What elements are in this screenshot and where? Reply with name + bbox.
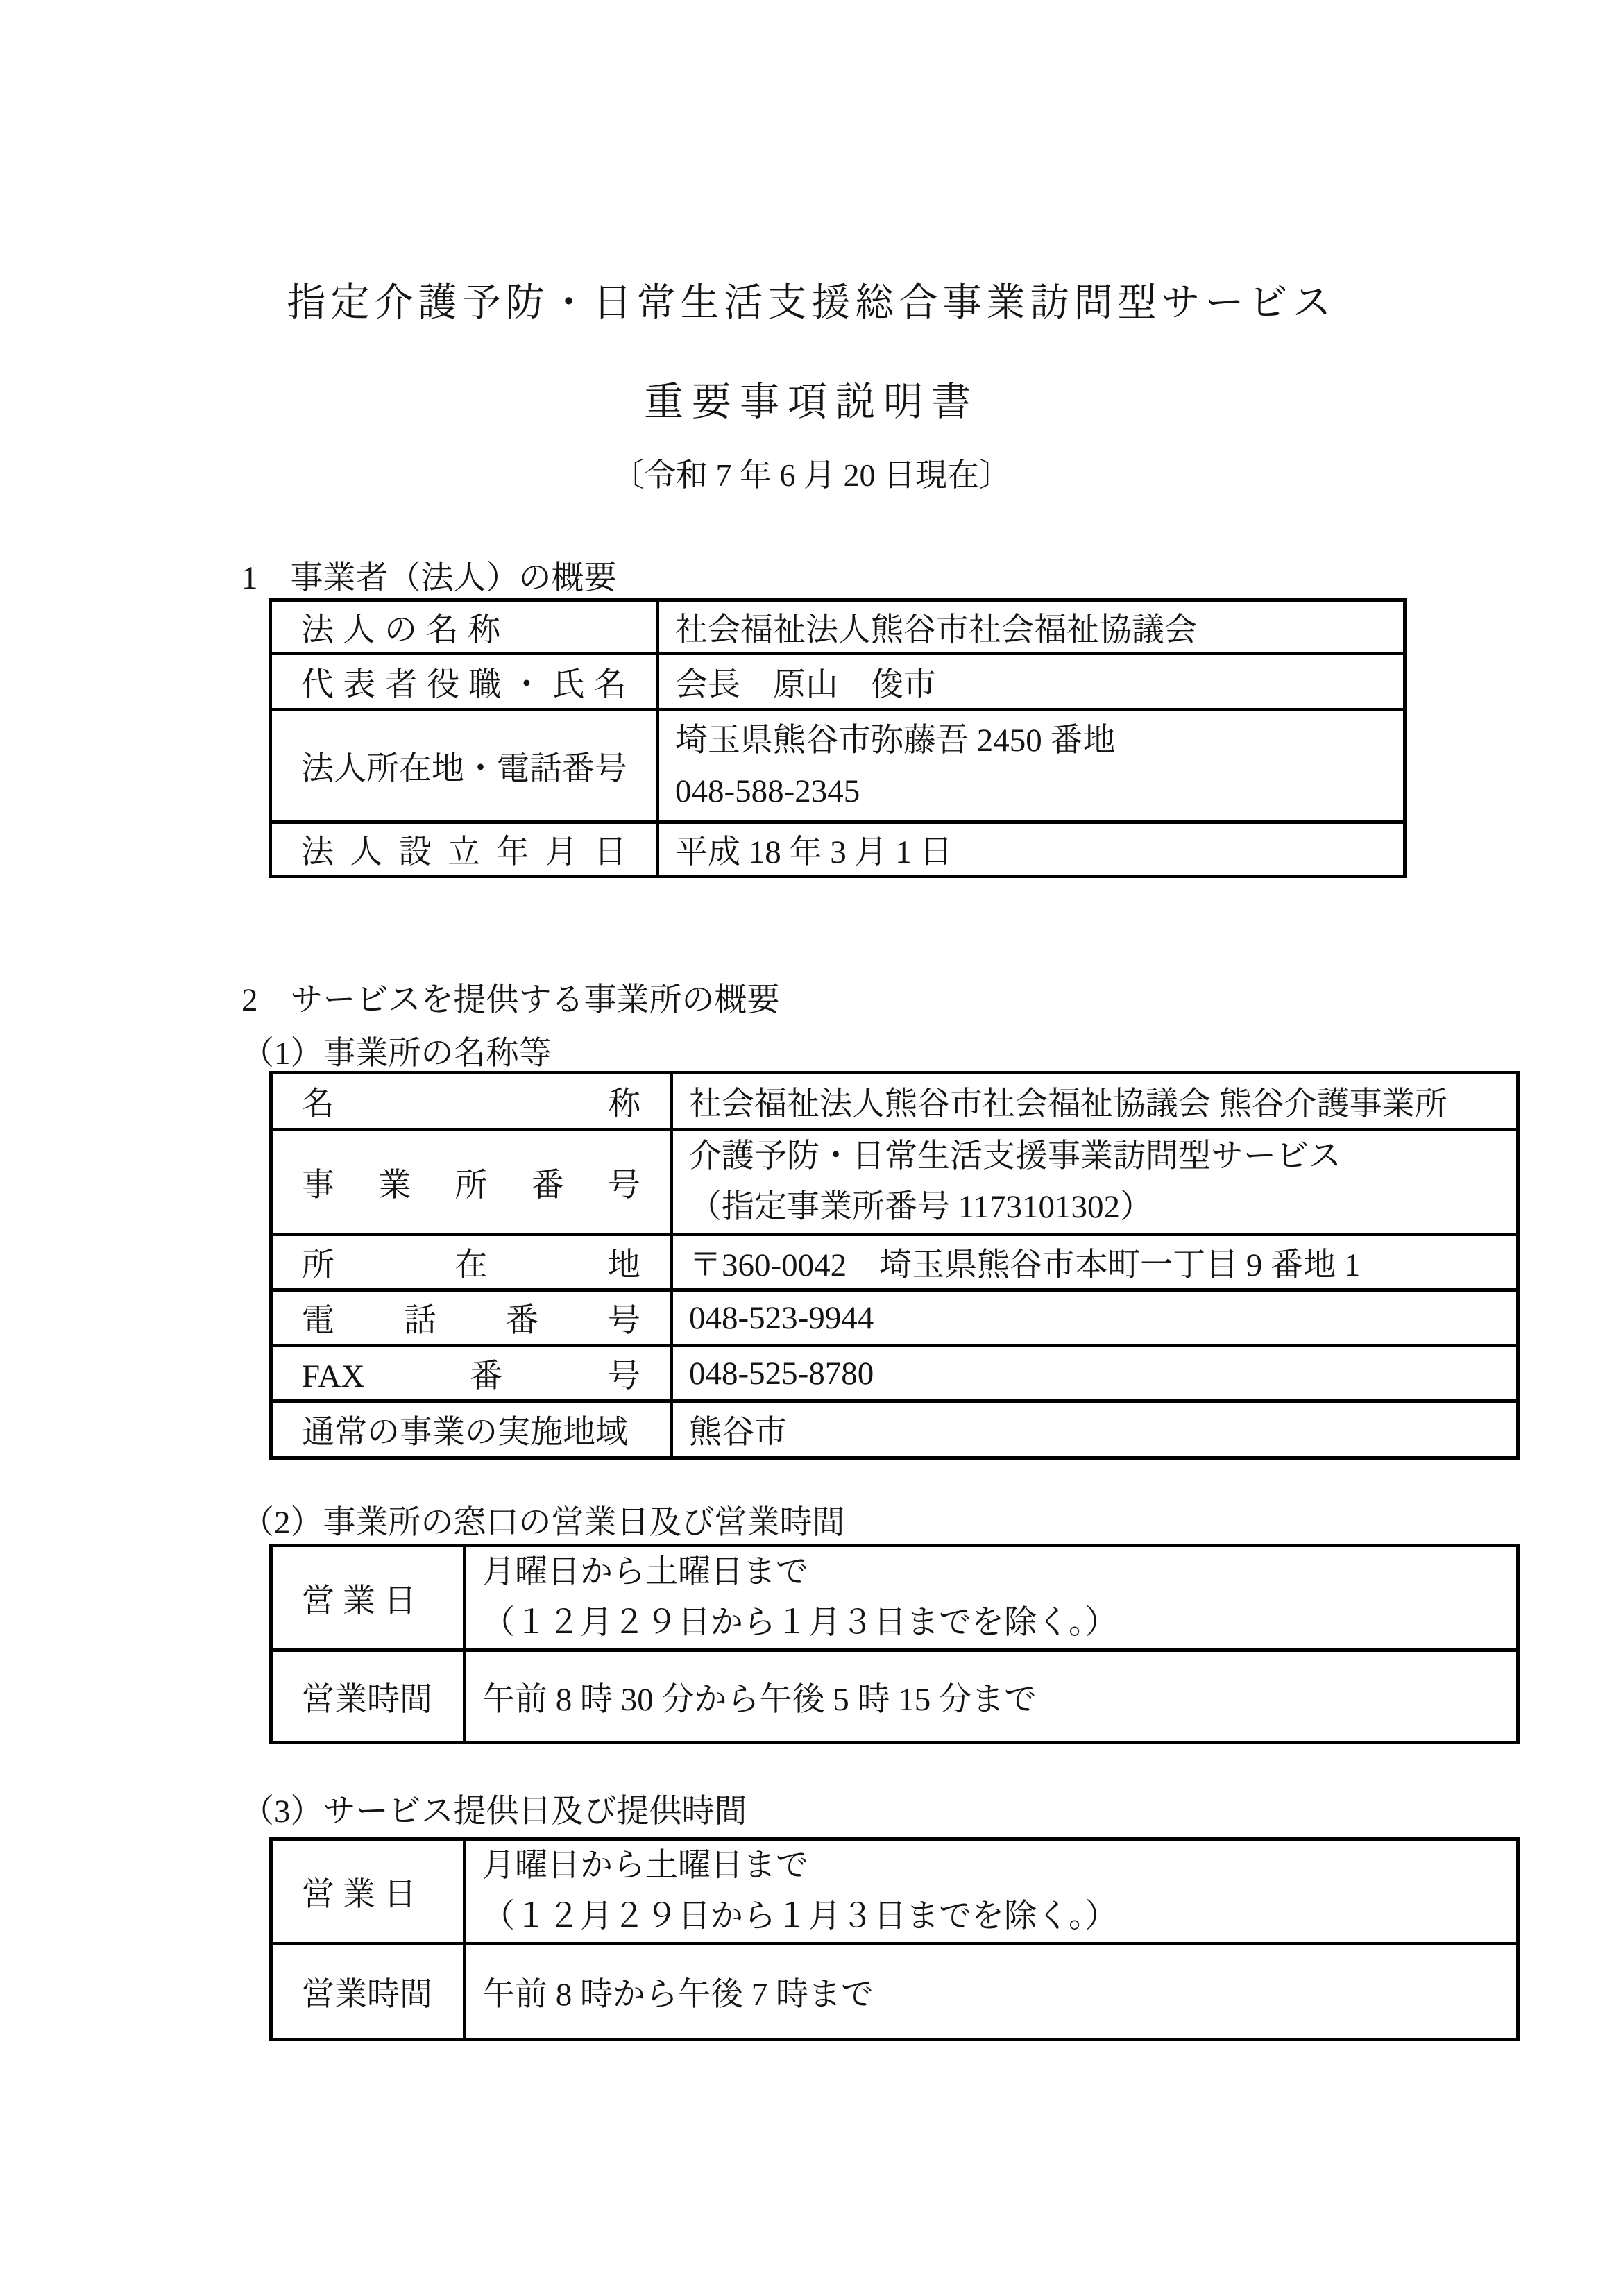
row-value: 048-523-9944: [672, 1290, 1518, 1346]
row-label: 代表者役職・氏名: [272, 659, 656, 705]
row-value: 介護予防・日常生活支援事業訪問型サービス （指定事業所番号 1173101302…: [689, 1131, 1508, 1233]
section1-heading: 1 事業者（法人）の概要: [241, 552, 617, 598]
document-subtitle: 重要事項説明書: [0, 370, 1623, 427]
section2-sub3-heading: （3）サービス提供日及び提供時間: [241, 1785, 747, 1832]
office-hours-table: 営業日 月曜日から土曜日まで （１２月２９日から１月３日までを除く。） 営業時間…: [269, 1544, 1520, 1744]
row-value: 048-525-8780: [672, 1346, 1518, 1401]
section2-sub2-heading: （2）事業所の窓口の営業日及び営業時間: [241, 1496, 845, 1543]
row-label: 名称: [273, 1078, 670, 1124]
table-row: 法人設立年月日 平成 18 年 3 月 1 日: [271, 822, 1405, 877]
row-value: 会長 原山 俊市: [658, 654, 1405, 710]
document-page: 指定介護予防・日常生活支援総合事業訪問型サービス 重要事項説明書 〔令和 7 年…: [0, 0, 1623, 2296]
table-row: 通常の事業の実施地域 熊谷市: [271, 1401, 1518, 1458]
row-label: 所在地: [273, 1239, 670, 1285]
table-row: 代表者役職・氏名 会長 原山 俊市: [271, 654, 1405, 710]
row-value: 社会福祉法人熊谷市社会福祉協議会: [658, 600, 1405, 654]
document-date: 〔令和 7 年 6 月 20 日現在〕: [0, 450, 1623, 496]
row-label: 営業時間: [273, 1682, 446, 1718]
service-hours-table: 営業日 月曜日から土曜日まで （１２月２９日から１月３日までを除く。） 営業時間…: [269, 1837, 1520, 2041]
table-row: 営業日 月曜日から土曜日まで （１２月２９日から１月３日までを除く。）: [271, 1546, 1518, 1651]
row-label: 営業日: [273, 1583, 439, 1619]
table-row: 所在地 〒360-0042 埼玉県熊谷市本町一丁目 9 番地 1: [271, 1235, 1518, 1290]
row-value: 月曜日から土曜日まで （１２月２９日から１月３日までを除く。）: [482, 1547, 1508, 1648]
table-row: 法人所在地・電話番号 埼玉県熊谷市弥藤吾 2450 番地 048-588-234…: [271, 710, 1405, 822]
row-value: 平成 18 年 3 月 1 日: [658, 822, 1405, 877]
office-overview-table: 名称 社会福祉法人熊谷市社会福祉協議会 熊谷介護事業所 事業所番号 介護予防・日…: [269, 1071, 1520, 1460]
table-row: 名称 社会福祉法人熊谷市社会福祉協議会 熊谷介護事業所: [271, 1073, 1518, 1130]
row-value: 熊谷市: [672, 1401, 1518, 1458]
table-row: 営業時間 午前 8 時 30 分から午後 5 時 15 分まで: [271, 1651, 1518, 1743]
row-value: 午前 8 時から午後 7 時まで: [465, 1944, 1518, 2040]
corporation-overview-table: 法人の名称 社会福祉法人熊谷市社会福祉協議会 代表者役職・氏名 会長 原山 俊市…: [269, 598, 1407, 878]
table-row: 営業日 月曜日から土曜日まで （１２月２９日から１月３日までを除く。）: [271, 1839, 1518, 1944]
row-label: 事業所番号: [273, 1159, 670, 1206]
row-label: 法人所在地・電話番号: [272, 751, 641, 787]
row-label: 電話番号: [273, 1294, 670, 1341]
row-label: FAX番号: [273, 1350, 670, 1396]
row-label: 法人の名称: [272, 612, 523, 648]
document-title: 指定介護予防・日常生活支援総合事業訪問型サービス: [0, 272, 1623, 328]
row-value: 〒360-0042 埼玉県熊谷市本町一丁目 9 番地 1: [672, 1235, 1518, 1290]
row-value: 社会福祉法人熊谷市社会福祉協議会 熊谷介護事業所: [672, 1073, 1518, 1130]
row-label: 営業日: [273, 1877, 439, 1913]
row-label: 法人設立年月日: [272, 826, 656, 872]
section2-heading: 2 サービスを提供する事業所の概要: [241, 974, 780, 1020]
row-value: 埼玉県熊谷市弥藤吾 2450 番地 048-588-2345: [675, 716, 1395, 817]
row-value: 午前 8 時 30 分から午後 5 時 15 分まで: [465, 1651, 1518, 1743]
table-row: 営業時間 午前 8 時から午後 7 時まで: [271, 1944, 1518, 2040]
row-label: 営業時間: [273, 1977, 446, 2013]
table-row: 法人の名称 社会福祉法人熊谷市社会福祉協議会: [271, 600, 1405, 654]
table-row: 電話番号 048-523-9944: [271, 1290, 1518, 1346]
table-row: FAX番号 048-525-8780: [271, 1346, 1518, 1401]
row-label: 通常の事業の実施地域: [273, 1415, 642, 1451]
table-row: 事業所番号 介護予防・日常生活支援事業訪問型サービス （指定事業所番号 1173…: [271, 1130, 1518, 1235]
section2-sub1-heading: （1）事業所の名称等: [241, 1027, 552, 1074]
row-value: 月曜日から土曜日まで （１２月２９日から１月３日までを除く。）: [482, 1841, 1508, 1942]
